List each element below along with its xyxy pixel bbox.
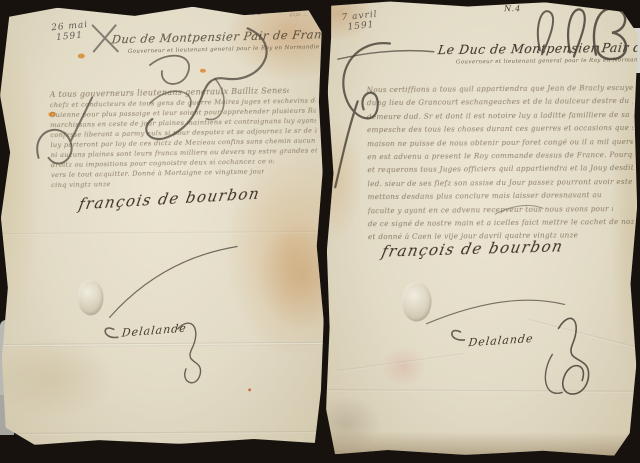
manuscript-line: confesse liberant a parmy eulx si pour d… (50, 126, 316, 141)
document-subheading: Gouverneur et lieutenant general pour le… (456, 57, 640, 65)
manuscript-line: luy porteront par loy de ces dictz de Me… (50, 136, 316, 151)
crease-mid (1, 231, 323, 235)
stain-bottom-grime (326, 431, 636, 463)
fold-crease-horizontal (2, 342, 324, 347)
crease-lower (326, 389, 636, 393)
embossed-paper-seal (402, 282, 432, 322)
manuscript-line: empesche des tous les choses durant ces … (367, 121, 633, 137)
date-line: 1591 (56, 30, 84, 42)
countersignature-delalande: Delalande (121, 321, 187, 339)
manuscript-line: ni aucuns plaines sont leurs francs mill… (51, 146, 317, 161)
manuscript-line: demeure dud. Sr et dont il est notoire l… (367, 108, 633, 124)
wax-speck (78, 54, 85, 59)
wrinkle-diagonal-2 (337, 353, 466, 372)
manuscript-line: Guienne pour plus passaige et leur soien… (50, 106, 316, 121)
manuscript-line: mettons desdans plus conclure mais laiss… (368, 188, 602, 203)
manuscript-line: dung lieu de Grancourt eschangeaches et … (367, 94, 633, 110)
manuscript-line: A tous gouverneurs lieutenans generaulx … (50, 85, 290, 100)
faint-corner-note: expl. ... (289, 12, 308, 19)
manuscript-body-text: A tous gouverneurs lieutenans generaulx … (50, 85, 318, 191)
left-document-page: 26 mai 1591 N. 5 expl. ... Duc de Montpe… (0, 6, 325, 445)
stain-right-edge (611, 63, 640, 383)
document-subheading: Gouverneur et lieutenant general pour le… (128, 44, 320, 55)
pen-flourish-marks (326, 1, 638, 456)
document-heading: Le Duc de Montpensier Pair de France (437, 39, 640, 57)
manuscript-line: maison ne puisse de nous obtenir pour fo… (367, 135, 633, 151)
stain-left-edge (0, 28, 42, 328)
archival-date-note: 7 avril 1591 (341, 10, 379, 33)
embossed-paper-seal (77, 279, 103, 315)
manuscript-line: en est advenu a present le Roy commande … (367, 148, 633, 164)
folio-number-label: N.4 (504, 4, 521, 13)
document-heading: Duc de Montpensier Pair de France (111, 27, 337, 47)
stain-pink-blot (381, 346, 426, 386)
date-line: 7 avril (341, 10, 378, 24)
manuscript-line: Nous certiffions a tous quil appartiendr… (367, 81, 633, 97)
countersignature-delalande: Delalande (468, 332, 534, 349)
signature-francois-de-bourbon: françois de bourbon (77, 184, 262, 213)
manuscript-body-text: Nous certiffions a tous quil appartiendr… (367, 81, 634, 244)
date-line: 26 mai (51, 20, 89, 33)
manuscript-line: vers le tout acquitter. Donné à Mortaign… (51, 166, 264, 180)
manuscript-line: de ce signé de nostre main et a icelles … (368, 215, 634, 231)
wax-speck (48, 112, 56, 117)
manuscript-line: droitz ou impositions pour cognoistre de… (51, 156, 275, 170)
wrinkle-diagonal (528, 319, 635, 348)
manuscript-line: et donné à Caen le vije jour davril quat… (368, 229, 594, 244)
manuscript-line: marchissans en ceste de jour plaines mai… (50, 116, 316, 131)
right-document-page: 7 avril 1591 N.4 Le Duc de Montpensier P… (326, 1, 638, 456)
date-line: 1591 (347, 20, 375, 33)
stain-bottom-left (0, 337, 112, 418)
manuscript-line: led. sieur de ses fiefz son assise du Jo… (367, 175, 633, 191)
wax-speck (200, 69, 206, 73)
manuscript-line: faculte y ayant en ce advenu recepveur t… (368, 202, 613, 218)
archival-date-note: 26 mai 1591 (51, 20, 90, 43)
stain-bottom-left-gray (311, 396, 381, 451)
fold-crease-bottom (2, 431, 324, 435)
manuscript-line: et requerons tous Juges officiers quil a… (367, 161, 633, 177)
manuscript-line: chefz et conducteurs de tous gens de gue… (50, 96, 316, 111)
pen-flourish-marks (0, 6, 325, 445)
signature-francois-de-bourbon: françois de bourbon (380, 237, 565, 261)
manuscript-line: cinq vingtz unze (51, 179, 131, 190)
wax-speck (248, 388, 251, 391)
folio-number-label: N. 5 (242, 7, 263, 16)
